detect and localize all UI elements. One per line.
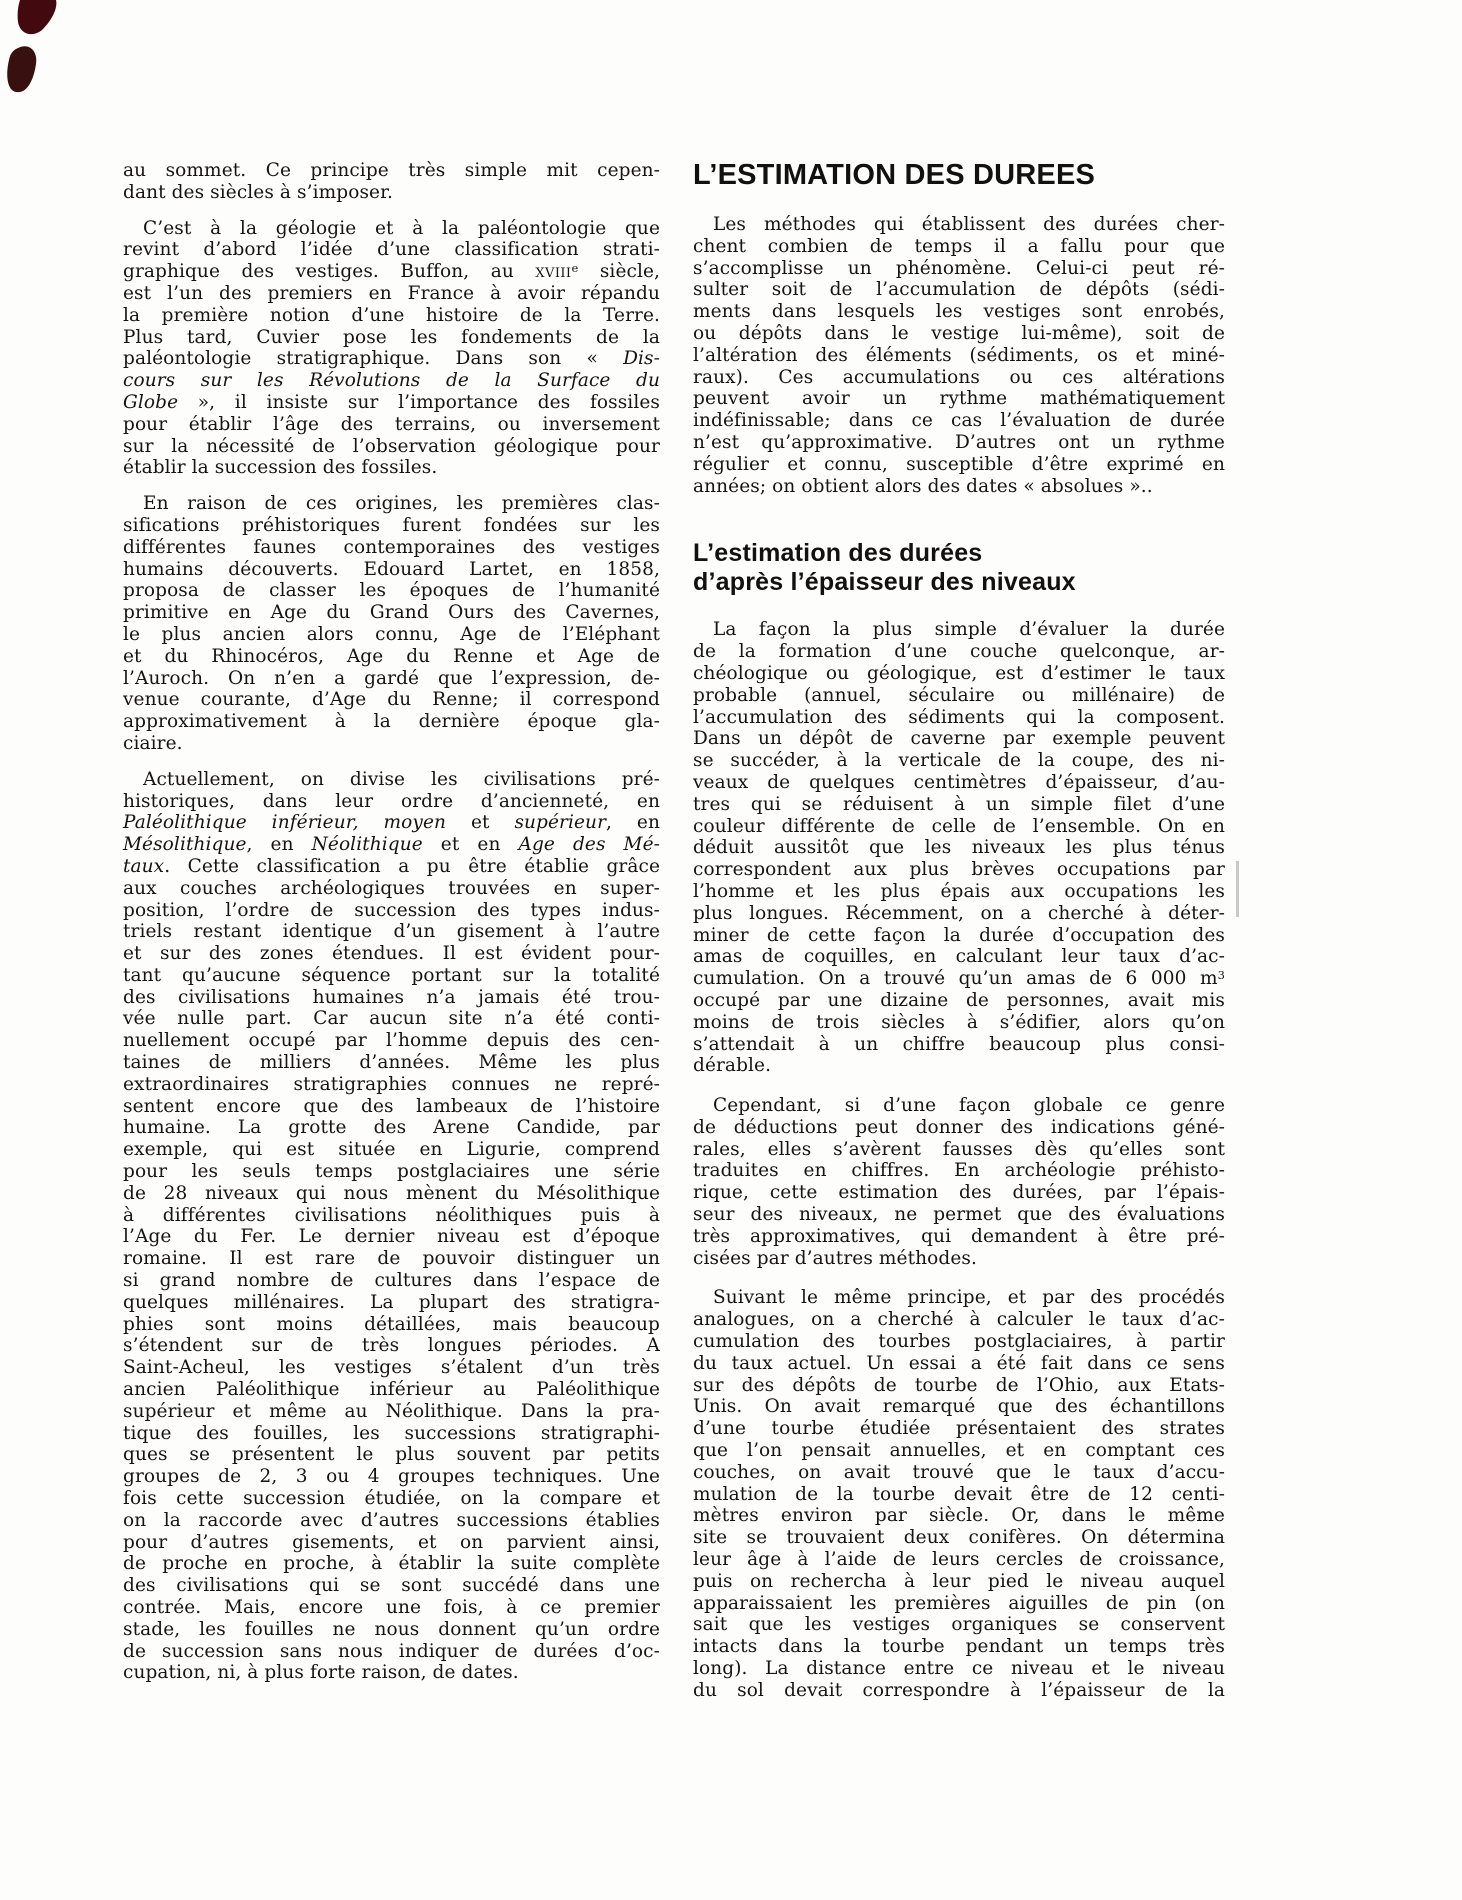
subsection-heading-line-1: L’estimation des durées	[693, 539, 1225, 568]
text-line: quelques millénaires. La plupart des str…	[123, 1292, 660, 1314]
text-line: déduit aussitôt que les niveaux les plus…	[693, 837, 1225, 859]
paragraph: au sommet. Ce principe très simple mit c…	[123, 160, 660, 204]
text-line: on la raccorde avec d’autres successions…	[123, 1510, 660, 1532]
text-line: supérieur et même au Néolithique. Dans l…	[123, 1401, 660, 1423]
text-line: rique, cette estimation des durées, par …	[693, 1182, 1225, 1204]
text-line: n’est qu’approximative. D’autres ont un …	[693, 432, 1225, 454]
paragraph: En raison de ces origines, les premières…	[123, 493, 660, 755]
text-line: aux couches archéologiques trouvées en s…	[123, 878, 660, 900]
text-line: dérable.	[693, 1055, 1225, 1077]
text-line: correspondent aux plus brèves occupation…	[693, 859, 1225, 881]
text-line: site se trouvaient deux conifères. On dé…	[693, 1527, 1225, 1549]
text-line: que l’on pensait annuelles, et en compta…	[693, 1440, 1225, 1462]
paragraph: La façon la plus simple d’évaluer la dur…	[693, 619, 1225, 1077]
text-line: proposa de classer les époques de l’huma…	[123, 580, 660, 602]
text-line: extraordinaires stratigraphies connues n…	[123, 1074, 660, 1096]
text-line: traduites en chiffres. En archéologie pr…	[693, 1160, 1225, 1182]
text-line: humaine. La grotte des Arene Candide, pa…	[123, 1117, 660, 1139]
text-line: Actuellement, on divise les civilisation…	[123, 769, 660, 791]
text-line: romaine. Il est rare de pouvoir distingu…	[123, 1248, 660, 1270]
text-line: cisées par d’autres méthodes.	[693, 1248, 1225, 1270]
text-line: sentent encore que des lambeaux de l’his…	[123, 1096, 660, 1118]
scanned-document-page: au sommet. Ce principe très simple mit c…	[0, 0, 1462, 1900]
text-line: des civilisations humaines n’a jamais ét…	[123, 987, 660, 1009]
text-line: Les méthodes qui établissent des durées …	[693, 214, 1225, 236]
text-line: le plus ancien alors connu, Age de l’Elé…	[123, 624, 660, 646]
paragraph: C’est à la géologie et à la paléontologi…	[123, 218, 660, 480]
text-line: paléontologie stratigraphique. Dans son …	[123, 348, 660, 370]
right-column: L’ESTIMATION DES DUREES Les méthodes qui…	[693, 156, 1225, 1720]
text-line: mulation de la tourbe devait être de 12 …	[693, 1484, 1225, 1506]
text-line: venue courante, d’Age du Renne; il corre…	[123, 689, 660, 711]
text-line: l’accumulation des sédiments qui la comp…	[693, 707, 1225, 729]
ink-blot-marks	[0, 0, 80, 110]
text-line: de proche en proche, à établir la suite …	[123, 1553, 660, 1575]
text-line: se succéder, à la verticale de la coupe,…	[693, 750, 1225, 772]
text-line: analogues, on a cherché à calculer le ta…	[693, 1309, 1225, 1331]
text-line: leur âge à l’aide de leurs cercles de cr…	[693, 1549, 1225, 1571]
text-line: très approximatives, qui demandent à êtr…	[693, 1226, 1225, 1248]
text-line: ques se présentent le plus souvent par p…	[123, 1444, 660, 1466]
text-line: ciaire.	[123, 733, 660, 755]
text-line: établir la succession des fossiles.	[123, 457, 660, 479]
text-line: plus longues. Récemment, on a cherché à …	[693, 903, 1225, 925]
text-line: d’une tourbe étudiée présentaient des st…	[693, 1418, 1225, 1440]
text-line: Dans un dépôt de caverne par exemple peu…	[693, 728, 1225, 750]
text-line: exemple, qui est située en Ligurie, comp…	[123, 1139, 660, 1161]
text-line: cumulation. On a trouvé qu’un amas de 6 …	[693, 968, 1225, 990]
text-line: sur des dépôts de tourbe de l’Ohio, aux …	[693, 1375, 1225, 1397]
text-line: cupation, ni, à plus forte raison, de da…	[123, 1662, 660, 1684]
text-line: mètres environ par siècle. Or, dans le m…	[693, 1505, 1225, 1527]
text-line: veaux de quelques centimètres d’épaisseu…	[693, 772, 1225, 794]
text-line: l’homme et les plus épais aux occupation…	[693, 881, 1225, 903]
text-line: taines de milliers d’années. Même les pl…	[123, 1052, 660, 1074]
text-line: vée nulle part. Car aucun site n’a été c…	[123, 1008, 660, 1030]
text-line: du sol devait correspondre à l’épaisseur…	[693, 1680, 1225, 1702]
text-line: de succession sans nous indiquer de duré…	[123, 1641, 660, 1663]
text-line: rales, elles s’avèrent fausses dès qu’el…	[693, 1139, 1225, 1161]
text-line: l’altération des éléments (sédiments, os…	[693, 345, 1225, 367]
text-line: taux. Cette classification a pu être éta…	[123, 856, 660, 878]
text-line: La façon la plus simple d’évaluer la dur…	[693, 619, 1225, 641]
text-line: seur des niveaux, ne permet que des éval…	[693, 1204, 1225, 1226]
text-line: et du Rhinocéros, Age du Renne et Age de	[123, 646, 660, 668]
text-line: régulier et connu, susceptible d’être ex…	[693, 454, 1225, 476]
text-line: chéologique ou géologique, est d’estimer…	[693, 663, 1225, 685]
text-line: C’est à la géologie et à la paléontologi…	[123, 218, 660, 240]
text-line: à différentes civilisations néolithiques…	[123, 1205, 660, 1227]
text-line: ou dépôts dans le vestige lui-même), soi…	[693, 323, 1225, 345]
text-line: sifications préhistoriques furent fondée…	[123, 515, 660, 537]
text-line: sur la nécessité de l’observation géolog…	[123, 436, 660, 458]
text-line: nuellement occupé par l’homme depuis des…	[123, 1030, 660, 1052]
text-line: apparaissaient les premières aiguilles d…	[693, 1593, 1225, 1615]
text-line: approximativement à la dernière époque g…	[123, 711, 660, 733]
text-line: de 28 niveaux qui nous mènent du Mésolit…	[123, 1183, 660, 1205]
text-line: Unis. On avait remarqué que des échantil…	[693, 1396, 1225, 1418]
paragraph: Actuellement, on divise les civilisation…	[123, 769, 660, 1684]
text-line: probable (annuel, séculaire ou millénair…	[693, 685, 1225, 707]
text-line: du taux actuel. Un essai a été fait dans…	[693, 1353, 1225, 1375]
text-line: phies sont moins détaillées, mais beauco…	[123, 1314, 660, 1336]
left-column: au sommet. Ce principe très simple mit c…	[123, 160, 660, 1698]
text-line: de déductions peut donner des indication…	[693, 1117, 1225, 1139]
text-line: tique des fouilles, les successions stra…	[123, 1423, 660, 1445]
text-line: l’Auroch. On n’en a gardé que l’expressi…	[123, 668, 660, 690]
text-line: moins de trois siècles à s’édifier, alor…	[693, 1012, 1225, 1034]
text-line: pour les seuls temps postglaciaires une …	[123, 1161, 660, 1183]
text-line: ments dans lesquels les vestiges sont en…	[693, 301, 1225, 323]
text-line: Mésolithique, en Néolithique et en Age d…	[123, 834, 660, 856]
text-line: chent combien de temps il a fallu pour q…	[693, 236, 1225, 258]
text-line: s’accomplisse un phénomène. Celui-ci peu…	[693, 258, 1225, 280]
text-line: l’Age du Fer. Le dernier niveau est d’ép…	[123, 1226, 660, 1248]
text-line: tres qui se réduisent à un simple filet …	[693, 794, 1225, 816]
text-line: stade, les fouilles ne nous donnent qu’u…	[123, 1619, 660, 1641]
text-line: pour établir l’âge des terrains, ou inve…	[123, 414, 660, 436]
text-line: sulter soit de l’accumulation de dépôts …	[693, 279, 1225, 301]
text-line: Suivant le même principe, et par des pro…	[693, 1287, 1225, 1309]
text-line: historiques, dans leur ordre d’anciennet…	[123, 791, 660, 813]
text-line: Saint-Acheul, les vestiges s’étalent d’u…	[123, 1357, 660, 1379]
text-line: raux). Ces accumulations ou ces altérati…	[693, 367, 1225, 389]
text-line: amas de coquilles, en calculant leur tau…	[693, 946, 1225, 968]
text-line: occupé par une dizaine de personnes, ava…	[693, 990, 1225, 1012]
text-line: Paléolithique inférieur, moyen et supéri…	[123, 812, 660, 834]
text-line: est l’un des premiers en France à avoir …	[123, 283, 660, 305]
text-line: ancien Paléolithique inférieur au Paléol…	[123, 1379, 660, 1401]
text-line: de la formation d’une couche quelconque,…	[693, 641, 1225, 663]
text-line: tant qu’aucune séquence portant sur la t…	[123, 965, 660, 987]
text-line: Plus tard, Cuvier pose les fondements de…	[123, 327, 660, 349]
subsection-heading: L’estimation des durées d’après l’épaiss…	[693, 539, 1225, 597]
text-line: années; on obtient alors des dates « abs…	[693, 476, 1225, 498]
text-line: indéfinissable; dans ce cas l’évaluation…	[693, 410, 1225, 432]
text-line: sait que les vestiges organiques se cons…	[693, 1614, 1225, 1636]
text-line: pour d’autres gisements, et on parvient …	[123, 1532, 660, 1554]
text-line: différentes faunes contemporaines des ve…	[123, 537, 660, 559]
text-line: puis on rechercha à leur pied le niveau …	[693, 1571, 1225, 1593]
text-line: couches, on avait trouvé que le taux d’a…	[693, 1462, 1225, 1484]
scan-artifact-line	[1236, 861, 1239, 917]
text-line: fois cette succession étudiée, on la com…	[123, 1488, 660, 1510]
text-line: Globe », il insiste sur l’importance des…	[123, 392, 660, 414]
text-line: des civilisations qui se sont succédé da…	[123, 1575, 660, 1597]
text-line: intacts dans la tourbe pendant un temps …	[693, 1636, 1225, 1658]
text-line: revint d’abord l’idée d’une classificati…	[123, 239, 660, 261]
text-line: et sur des zones étendues. Il est éviden…	[123, 943, 660, 965]
paragraph: Cependant, si d’une façon globale ce gen…	[693, 1095, 1225, 1269]
text-line: miner de cette façon la durée d’occupati…	[693, 925, 1225, 947]
text-line: au sommet. Ce principe très simple mit c…	[123, 160, 660, 182]
text-line: peuvent avoir un rythme mathématiquement	[693, 388, 1225, 410]
text-line: En raison de ces origines, les premières…	[123, 493, 660, 515]
text-line: Cependant, si d’une façon globale ce gen…	[693, 1095, 1225, 1117]
text-line: groupes de 2, 3 ou 4 groupes techniques.…	[123, 1466, 660, 1488]
text-line: humains découverts. Edouard Lartet, en 1…	[123, 559, 660, 581]
subsection-heading-line-2: d’après l’épaisseur des niveaux	[693, 568, 1225, 597]
paragraph: Suivant le même principe, et par des pro…	[693, 1287, 1225, 1701]
text-line: la première notion d’une histoire de la …	[123, 305, 660, 327]
paragraph: Les méthodes qui établissent des durées …	[693, 214, 1225, 497]
text-line: s’étendent sur de très longues périodes.…	[123, 1335, 660, 1357]
section-heading: L’ESTIMATION DES DUREES	[693, 156, 1225, 194]
text-line: couleur différente de celle de l’ensembl…	[693, 816, 1225, 838]
text-line: long). La distance entre ce niveau et le…	[693, 1658, 1225, 1680]
text-line: contrée. Mais, encore une fois, à ce pre…	[123, 1597, 660, 1619]
text-line: cours sur les Révolutions de la Surface …	[123, 370, 660, 392]
text-line: primitive en Age du Grand Ours des Caver…	[123, 602, 660, 624]
text-line: cumulation des tourbes postglaciaires, à…	[693, 1331, 1225, 1353]
text-line: s’attendait à un chiffre beaucoup plus c…	[693, 1034, 1225, 1056]
text-line: triels restant identique d’un gisement à…	[123, 921, 660, 943]
text-line: si grand nombre de cultures dans l’espac…	[123, 1270, 660, 1292]
text-line: position, l’ordre de succession des type…	[123, 900, 660, 922]
text-line: dant des siècles à s’imposer.	[123, 182, 660, 204]
text-line: graphique des vestiges. Buffon, au xviii…	[123, 261, 660, 283]
